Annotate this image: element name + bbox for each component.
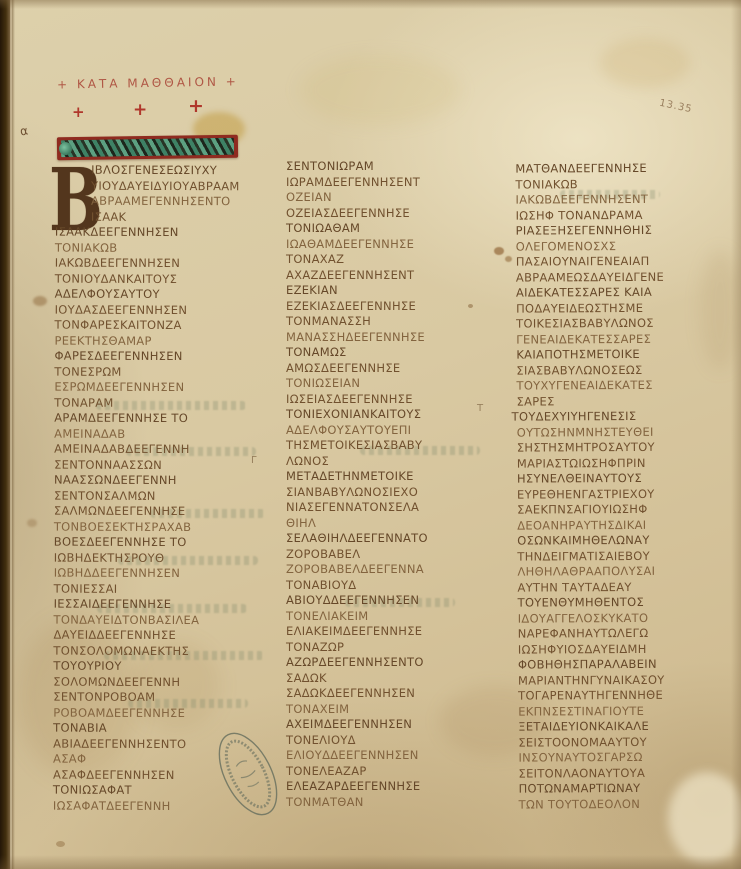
text-line: ΑΒΙΟΥΔΔΕΕΓΕΝΝΗΣΕΝ: [286, 593, 512, 609]
text-line: ΤΟΝΒΟΕΣΕΚΤΗΣΡΑΧΑΒ: [54, 519, 280, 535]
text-line: ΜΑΡΙΑΝΤΗΝΓΥΝΑΙΚΑΣΟΥ: [518, 672, 741, 689]
text-line: ΤΟΝΙΑΚΩΒ: [515, 176, 741, 193]
text-line: ΙΩΣΕΙΑΣΔΕΕΓΕΝΝΗΣΕ: [286, 392, 512, 408]
text-line: ΤΟΓΑΡΕΝΑΥΤΗΓΕΝΝΗΘΕ: [518, 687, 741, 704]
text-line: ΠΑΣΑΙΟΥΝΑΙΓΕΝΕΑΙΑΠ: [516, 253, 741, 270]
manuscript-photo: + ΚΑΤΑ ΜΑΘΘΑΙΟΝ + + + + α 13.35 Γ Τ Β ΙΒ…: [0, 0, 741, 869]
text-line: ΤΟΝΑΒΙΟΥΔ: [286, 578, 512, 594]
text-column-2: ΣΕΝΤΟΝΙΩΡΑΜΙΩΡΑΜΔΕΕΓΕΝΝΗΣΕΝΤΟΖΕΙΑΝΟΖΕΙΑΣ…: [286, 159, 512, 810]
text-line: ΑΔΕΛΦΟΥΣΑΥΤΟΥ: [55, 287, 281, 303]
text-line: ΣΕΝΤΟΝΙΩΡΑΜ: [286, 159, 512, 175]
text-line: ΙΩΡΑΜΔΕΕΓΕΝΝΗΣΕΝΤ: [286, 175, 512, 191]
text-line: ΤΟΝΕΣΡΩΜ: [54, 364, 280, 380]
text-line: ΑΒΡΑΑΜΕΓΕΝΝΗΣΕΝΤΟ: [91, 194, 281, 210]
text-line: ΙΑΚΩΒΔΕΕΓΕΝΝΗΣΕΝΤ: [515, 191, 741, 208]
text-line: ΡΙΑΣΕΞΗΣΕΓΕΝΝΗΘΗΙΣ: [516, 222, 741, 239]
text-line: ΕΖΕΚΙΑΣΔΕΕΓΕΝΝΗΣΕ: [286, 299, 512, 315]
text-line: ΗΣΥΝΕΛΘΕΙΝΑΥΤΟΥΣ: [517, 470, 741, 487]
text-line: ΤΟΥΧΥΓΕΝΕΑΙΔΕΚΑΤΕΣ: [516, 377, 741, 394]
text-line: ΛΩΝΟΣ: [286, 454, 512, 470]
text-line: ΑΧΕΙΜΔΕΕΓΕΝΝΗΣΕΝ: [286, 717, 512, 733]
text-line: ΕΚΠΝΣΕΣΤΙΝΑΓΙΟΥΤΕ: [518, 703, 741, 720]
text-line: ΤΟΥΔΕΧΥΙΥΗΓΕΝΕΣΙΣ: [512, 408, 741, 425]
text-line: ΙΩΣΗΦΥΙΟΣΔΑΥΕΙΔΜΗ: [518, 641, 741, 658]
text-line: ΤΟΝΙΕΧΟΝΙΑΝΚΑΙΤΟΥΣ: [286, 407, 512, 423]
text-line: ΤΟΝΣΟΛΟΜΩΝΑΕΚΤΗΣ: [53, 643, 279, 659]
text-line: ΑΧΑΖΔΕΕΓΕΝΝΗΣΕΝΤ: [286, 268, 512, 284]
text-line: ΣΙΑΝΒΑΒΥΛΩΝΟΣΙΕΧΟ: [286, 485, 512, 501]
text-line: ΦΑΡΕΣΔΕΕΓΕΝΝΗΣΕΝ: [54, 349, 280, 365]
text-line: ΤΗΣΜΕΤΟΙΚΕΣΙΑΣΒΑΒΥ: [286, 438, 512, 454]
text-line: ΒΟΕΣΔΕΕΓΕΝΝΗΣΕ ΤΟ: [54, 535, 280, 551]
text-line: ΤΩΝ ΤΟΥΤΟΔΕΟΛΟΝ: [519, 796, 741, 813]
text-line: ΑΜΩΣΔΕΕΓΕΝΝΗΣΕ: [286, 361, 512, 377]
text-line: ΣΕΛΑΘΙΗΛΔΕΕΓΕΝΝΑΤΟ: [286, 531, 512, 547]
text-line: ΕΥΡΕΘΗΕΝΓΑΣΤΡΙΕΧΟΥ: [517, 486, 741, 503]
text-line: ΤΟΝΑΖΩΡ: [286, 640, 512, 656]
text-line: ΛΗΘΗΛΑΘΡΑΑΠΟΛΥΣΑΙ: [517, 563, 741, 580]
text-line: ΟΛΕΓΟΜΕΝΟΣΧΣ: [516, 238, 741, 255]
text-line: ΣΕΝΤΟΝΡΟΒΟΑΜ: [53, 690, 279, 706]
text-line: ΙΒΛΟΣΓΕΝΕΣΕΩΣΙΥΧΥ: [91, 163, 281, 179]
text-line: ΤΟΝΑΧΕΙΜ: [286, 702, 512, 718]
text-line: ΣΑΕΚΠΝΣΑΓΙΟΥΙΩΣΗΦ: [517, 501, 741, 518]
text-column-3: ΜΑΤΘΑΝΔΕΕΓΕΝΝΗΣΕΤΟΝΙΑΚΩΒΙΑΚΩΒΔΕΕΓΕΝΝΗΣΕΝ…: [515, 160, 741, 812]
text-line: ΕΛΕΑΖΑΡΔΕΕΓΕΝΝΗΣΕ: [286, 779, 512, 795]
text-line: ΙΔΟΥΑΓΓΕΛΟΣΚΥΚΑΤΟ: [518, 610, 741, 627]
text-line: ΟΖΕΙΑΝ: [286, 190, 512, 206]
text-line: ΠΟΤΩΝΑΜΑΡΤΙΩΝΑΥ: [519, 780, 741, 797]
text-line: ΙΑΚΩΒΔΕΕΓΕΝΝΗΣΕΝ: [55, 256, 281, 272]
text-line: ΕΖΕΚΙΑΝ: [286, 283, 512, 299]
text-line: ΤΟΝΕΛΙΟΥΔ: [286, 733, 512, 749]
page-edge-top: [0, 0, 741, 9]
text-line: ΤΟΝΑΡΑΜ: [54, 395, 280, 411]
text-line: ΤΟΝΙΟΥΔΑΝΚΑΙΤΟΥΣ: [55, 271, 281, 287]
text-line: ΑΒΡΑΑΜΕΩΣΔΑΥΕΙΔΓΕΝΕ: [516, 269, 741, 286]
cross-mark: +: [188, 95, 204, 117]
text-line: ΞΕΤΑΙΔΕΥΙΟΝΚΑΙΚΑΛΕ: [518, 718, 741, 735]
text-line: ΘΙΗΛ: [286, 516, 512, 532]
text-line: ΣΕΝΤΟΝΣΑΛΜΩΝ: [54, 488, 280, 504]
text-line: ΙΣΑΑΚ: [91, 209, 281, 225]
text-line: ΑΙΔΕΚΑΤΕΣΣΑΡΕΣ ΚΑΙΑ: [516, 284, 741, 301]
text-line: ΕΛΙΟΥΔΔΕΕΓΕΝΝΗΣΕΝ: [286, 748, 512, 764]
text-line: ΙΩΑΘΑΜΔΕΕΓΕΝΝΗΣΕ: [286, 237, 512, 253]
text-line: ΤΟΝΦΑΡΕΣΚΑΙΤΟΝΖΑ: [55, 318, 281, 334]
text-line: ΙΟΥΔΑΣΔΕΕΓΕΝΝΗΣΕΝ: [55, 302, 281, 318]
text-line: ΤΟΝΙΕΣΣΑΙ: [54, 581, 280, 597]
text-line: ΤΗΝΔΕΙΓΜΑΤΙΣΑΙΕΒΟΥ: [517, 548, 741, 565]
text-line: ΤΟΥΟΥΡΙΟΥ: [53, 659, 279, 675]
text-line: ΤΟΝΑΧΑΖ: [286, 252, 512, 268]
text-line: ΝΑΑΣΣΩΝΔΕΕΓΕΝΝΗ: [54, 473, 280, 489]
text-line: ΑΖΩΡΔΕΕΓΕΝΝΗΣΕΝΤΟ: [286, 655, 512, 671]
text-line: ΠΟΔΑΥΕΙΔΕΩΣΤΗΣΜΕ: [516, 300, 741, 317]
binding-edge: [0, 0, 15, 869]
text-line: ΙΣΑΑΚΔΕΕΓΕΝΝΗΣΕΝ: [55, 225, 281, 241]
text-line: ΣΑΛΜΩΝΔΕΕΓΕΝΝΗΣΕ: [54, 504, 280, 520]
text-line: ΓΕΝΕΑΙΔΕΚΑΤΕΣΣΑΡΕΣ: [516, 331, 741, 348]
text-line: ΣΗΣΤΗΣΜΗΤΡΟΣΑΥΤΟΥ: [517, 439, 741, 456]
text-line: ΑΡΑΜΔΕΕΓΕΝΝΗΣΕ ΤΟ: [54, 411, 280, 427]
text-line: ΝΙΑΣΕΓΕΝΝΑΤΟΝΣΕΛΑ: [286, 500, 512, 516]
text-line: ΣΙΑΣΒΑΒΥΛΩΝΟΣΕΩΣ: [516, 362, 741, 379]
text-line: ΑΔΕΛΦΟΥΣΑΥΤΟΥΕΠΙ: [286, 423, 512, 439]
text-line: ΤΟΙΚΕΣΙΑΣΒΑΒΥΛΩΝΟΣ: [516, 315, 741, 332]
text-line: ΚΑΙΑΠΟΤΗΣΜΕΤΟΙΚΕ: [516, 346, 741, 363]
text-line: ΑΜΕΙΝΑΔΑΒ: [54, 426, 280, 442]
text-line: ΑΥΤΗΝ ΤΑΥΤΑΔΕΑΥ: [517, 579, 741, 596]
text-line: ΙΕΣΣΑΙΔΕΕΓΕΝΝΗΣΕ: [54, 597, 280, 613]
text-line: ΜΕΤΑΔΕΤΗΝΜΕΤΟΙΚΕ: [286, 469, 512, 485]
text-line: ΟΥΤΩΣΗΝΜΝΗΣΤΕΥΘΕΙ: [517, 424, 741, 441]
text-line: ΝΑΡΕΦΑΝΗΑΥΤΩΛΕΓΩ: [518, 625, 741, 642]
text-line: ΣΕΙΣΤΟΟΝΟΜΑΑΥΤΟΥ: [518, 734, 741, 751]
text-line: ΑΜΕΙΝΑΔΑΒΔΕΕΓΕΝΝΗ: [54, 442, 280, 458]
cross-mark: +: [133, 100, 147, 120]
text-line: ΤΟΝΙΩΑΘΑΜ: [286, 221, 512, 237]
text-line: ΟΖΕΙΑΣΔΕΕΓΕΝΝΗΣΕ: [286, 206, 512, 222]
text-line: ΜΑΝΑΣΣΗΔΕΕΓΕΝΝΗΣΕ: [286, 330, 512, 346]
text-line: ΣΑΡΕΣ: [517, 393, 741, 410]
page-edge-bottom: [0, 855, 741, 869]
text-line: ΙΝΣΟΥΝΑΥΤΟΣΓΑΡΣΩ: [518, 749, 741, 766]
text-column-1: ΙΒΛΟΣΓΕΝΕΣΕΩΣΙΥΧΥΥΙΟΥΔΑΥΕΙΔΥΙΟΥΑΒΡΑΑΜΑΒΡ…: [53, 163, 281, 815]
text-line: ΣΕΝΤΟΝΝΑΑΣΣΩΝ: [54, 457, 280, 473]
text-line: ΤΟΝΜΑΝΑΣΣΗ: [286, 314, 512, 330]
text-line: ΤΟΝΜΑΤΘΑΝ: [286, 795, 512, 811]
text-line: ΟΣΩΝΚΑΙΜΗΘΕΛΩΝΑΥ: [517, 532, 741, 549]
text-line: ΣΕΙΤΟΝΛΑΟΝΑΥΤΟΥΑ: [518, 765, 741, 782]
text-line: ΤΟΝΕΛΕΑΖΑΡ: [286, 764, 512, 780]
text-line: ΖΟΡΟΒΑΒΕΛΔΕΕΓΕΝΝΑ: [286, 562, 512, 578]
text-line: ΣΑΔΩΚΔΕΕΓΕΝΝΗΣΕΝ: [286, 686, 512, 702]
text-line: ΕΛΙΑΚΕΙΜΔΕΕΓΕΝΝΗΣΕ: [286, 624, 512, 640]
text-line: ΥΙΟΥΔΑΥΕΙΔΥΙΟΥΑΒΡΑΑΜ: [91, 178, 281, 194]
text-line: ΣΑΔΩΚ: [286, 671, 512, 687]
text-line: ΤΟΝΙΑΚΩΒ: [55, 240, 281, 256]
cross-mark: +: [72, 103, 85, 121]
text-line: ΤΟΝΙΩΣΕΙΑΝ: [286, 376, 512, 392]
text-line: ΤΟΝΔΑΥΕΙΔΤΟΝΒΑΣΙΛΕΑ: [54, 612, 280, 628]
text-line: ΤΟΥΕΝΘΥΜΗΘΕΝΤΟΣ: [518, 594, 741, 611]
text-line: ΖΟΡΟΒΑΒΕΛ: [286, 547, 512, 563]
text-line: ΜΑΤΘΑΝΔΕΕΓΕΝΝΗΣΕ: [515, 160, 741, 177]
text-line: ΙΩΒΗΔΔΕΕΓΕΝΝΗΣΕΝ: [54, 566, 280, 582]
text-line: ΤΟΝΕΛΙΑΚΕΙΜ: [286, 609, 512, 625]
text-line: ΕΣΡΩΜΔΕΕΓΕΝΝΗΣΕΝ: [54, 380, 280, 396]
text-line: ΤΟΝΑΜΩΣ: [286, 345, 512, 361]
page-edge-right: [731, 0, 741, 869]
text-line: ΡΕΕΚΤΗΣΘΑΜΑΡ: [54, 333, 280, 349]
text-line: ΦΟΒΗΘΗΣΠΑΡΑΛΑΒΕΙΝ: [518, 656, 741, 673]
text-line: ΔΕΟΑΝΗΡΑΥΤΗΣΔΙΚΑΙ: [517, 517, 741, 534]
text-line: ΙΩΣΗΦ ΤΟΝΑΝΔΡΑΜΑ: [516, 207, 741, 224]
text-line: ΣΟΛΟΜΩΝΔΕΕΓΕΝΝΗ: [53, 674, 279, 690]
text-line: ΜΑΡΙΑΣΤΩΙΩΣΗΦΠΡΙΝ: [517, 455, 741, 472]
text-line: ΙΩΒΗΔΕΚΤΗΣΡΟΥΘ: [54, 550, 280, 566]
text-line: ΔΑΥΕΙΔΔΕΕΓΕΝΝΗΣΕ: [53, 628, 279, 644]
